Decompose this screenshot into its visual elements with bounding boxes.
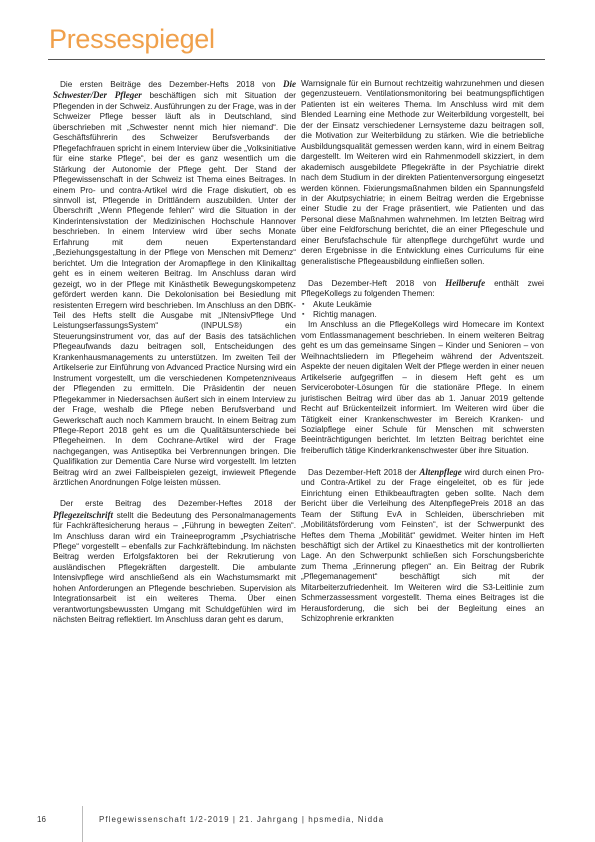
paragraph-altenpflege: Das Dezember-Heft 2018 der Altenpflege w… — [301, 467, 544, 625]
bullet-item: Akute Leukämie — [301, 300, 544, 310]
topic-bullet-list: Akute Leukämie Richtig managen. — [301, 300, 544, 321]
paragraph-heilberufe: Das Dezember-Heft 2018 von Heilberufe en… — [301, 278, 544, 300]
paragraph-body: stellt die Bedeutung des Personalmanagem… — [53, 511, 296, 625]
paragraph-body: beschäftigen sich mit Situation der Pfle… — [53, 91, 296, 487]
paragraph-body: wird durch einen Pro- und Contra-Artikel… — [301, 468, 544, 623]
page-title: Pressespiegel — [49, 23, 215, 55]
paragraph-lead: Das Dezember-Heft 2018 von — [308, 279, 445, 288]
paragraph-lead: Die ersten Beiträge des Dezember-Hefts 2… — [60, 80, 283, 89]
paragraph-lead: Das Dezember-Heft 2018 der — [308, 468, 419, 477]
paragraph-die-schwester: Die ersten Beiträge des Dezember-Hefts 2… — [53, 79, 296, 489]
page-number: 16 — [37, 815, 46, 824]
right-text-column: Warnsignale für ein Burnout rechtzeitig … — [301, 79, 544, 625]
paragraph-heilberufe-continued: Im Anschluss an die PflegeKollegs wird H… — [301, 320, 544, 456]
paragraph-lead: Der erste Beitrag des Dezember-Heftes 20… — [60, 499, 296, 508]
paragraph-pflegezeitschrift-continued: Warnsignale für ein Burnout rechtzeitig … — [301, 79, 544, 267]
publication-name: Heilberufe — [445, 278, 485, 288]
footer-divider — [82, 806, 83, 842]
title-underline-divider — [48, 59, 545, 60]
publication-name: Altenpflege — [419, 467, 462, 477]
bullet-item: Richtig managen. — [301, 310, 544, 320]
footer-publication-line: Pflegewissenschaft 1/2-2019 | 21. Jahrga… — [99, 815, 384, 824]
paragraph-pflegezeitschrift: Der erste Beitrag des Dezember-Heftes 20… — [53, 499, 296, 625]
document-page: Pressespiegel Die ersten Beiträge des De… — [0, 0, 595, 842]
left-text-column: Die ersten Beiträge des Dezember-Hefts 2… — [53, 79, 296, 626]
publication-name: Pflegezeitschrift — [53, 510, 113, 520]
